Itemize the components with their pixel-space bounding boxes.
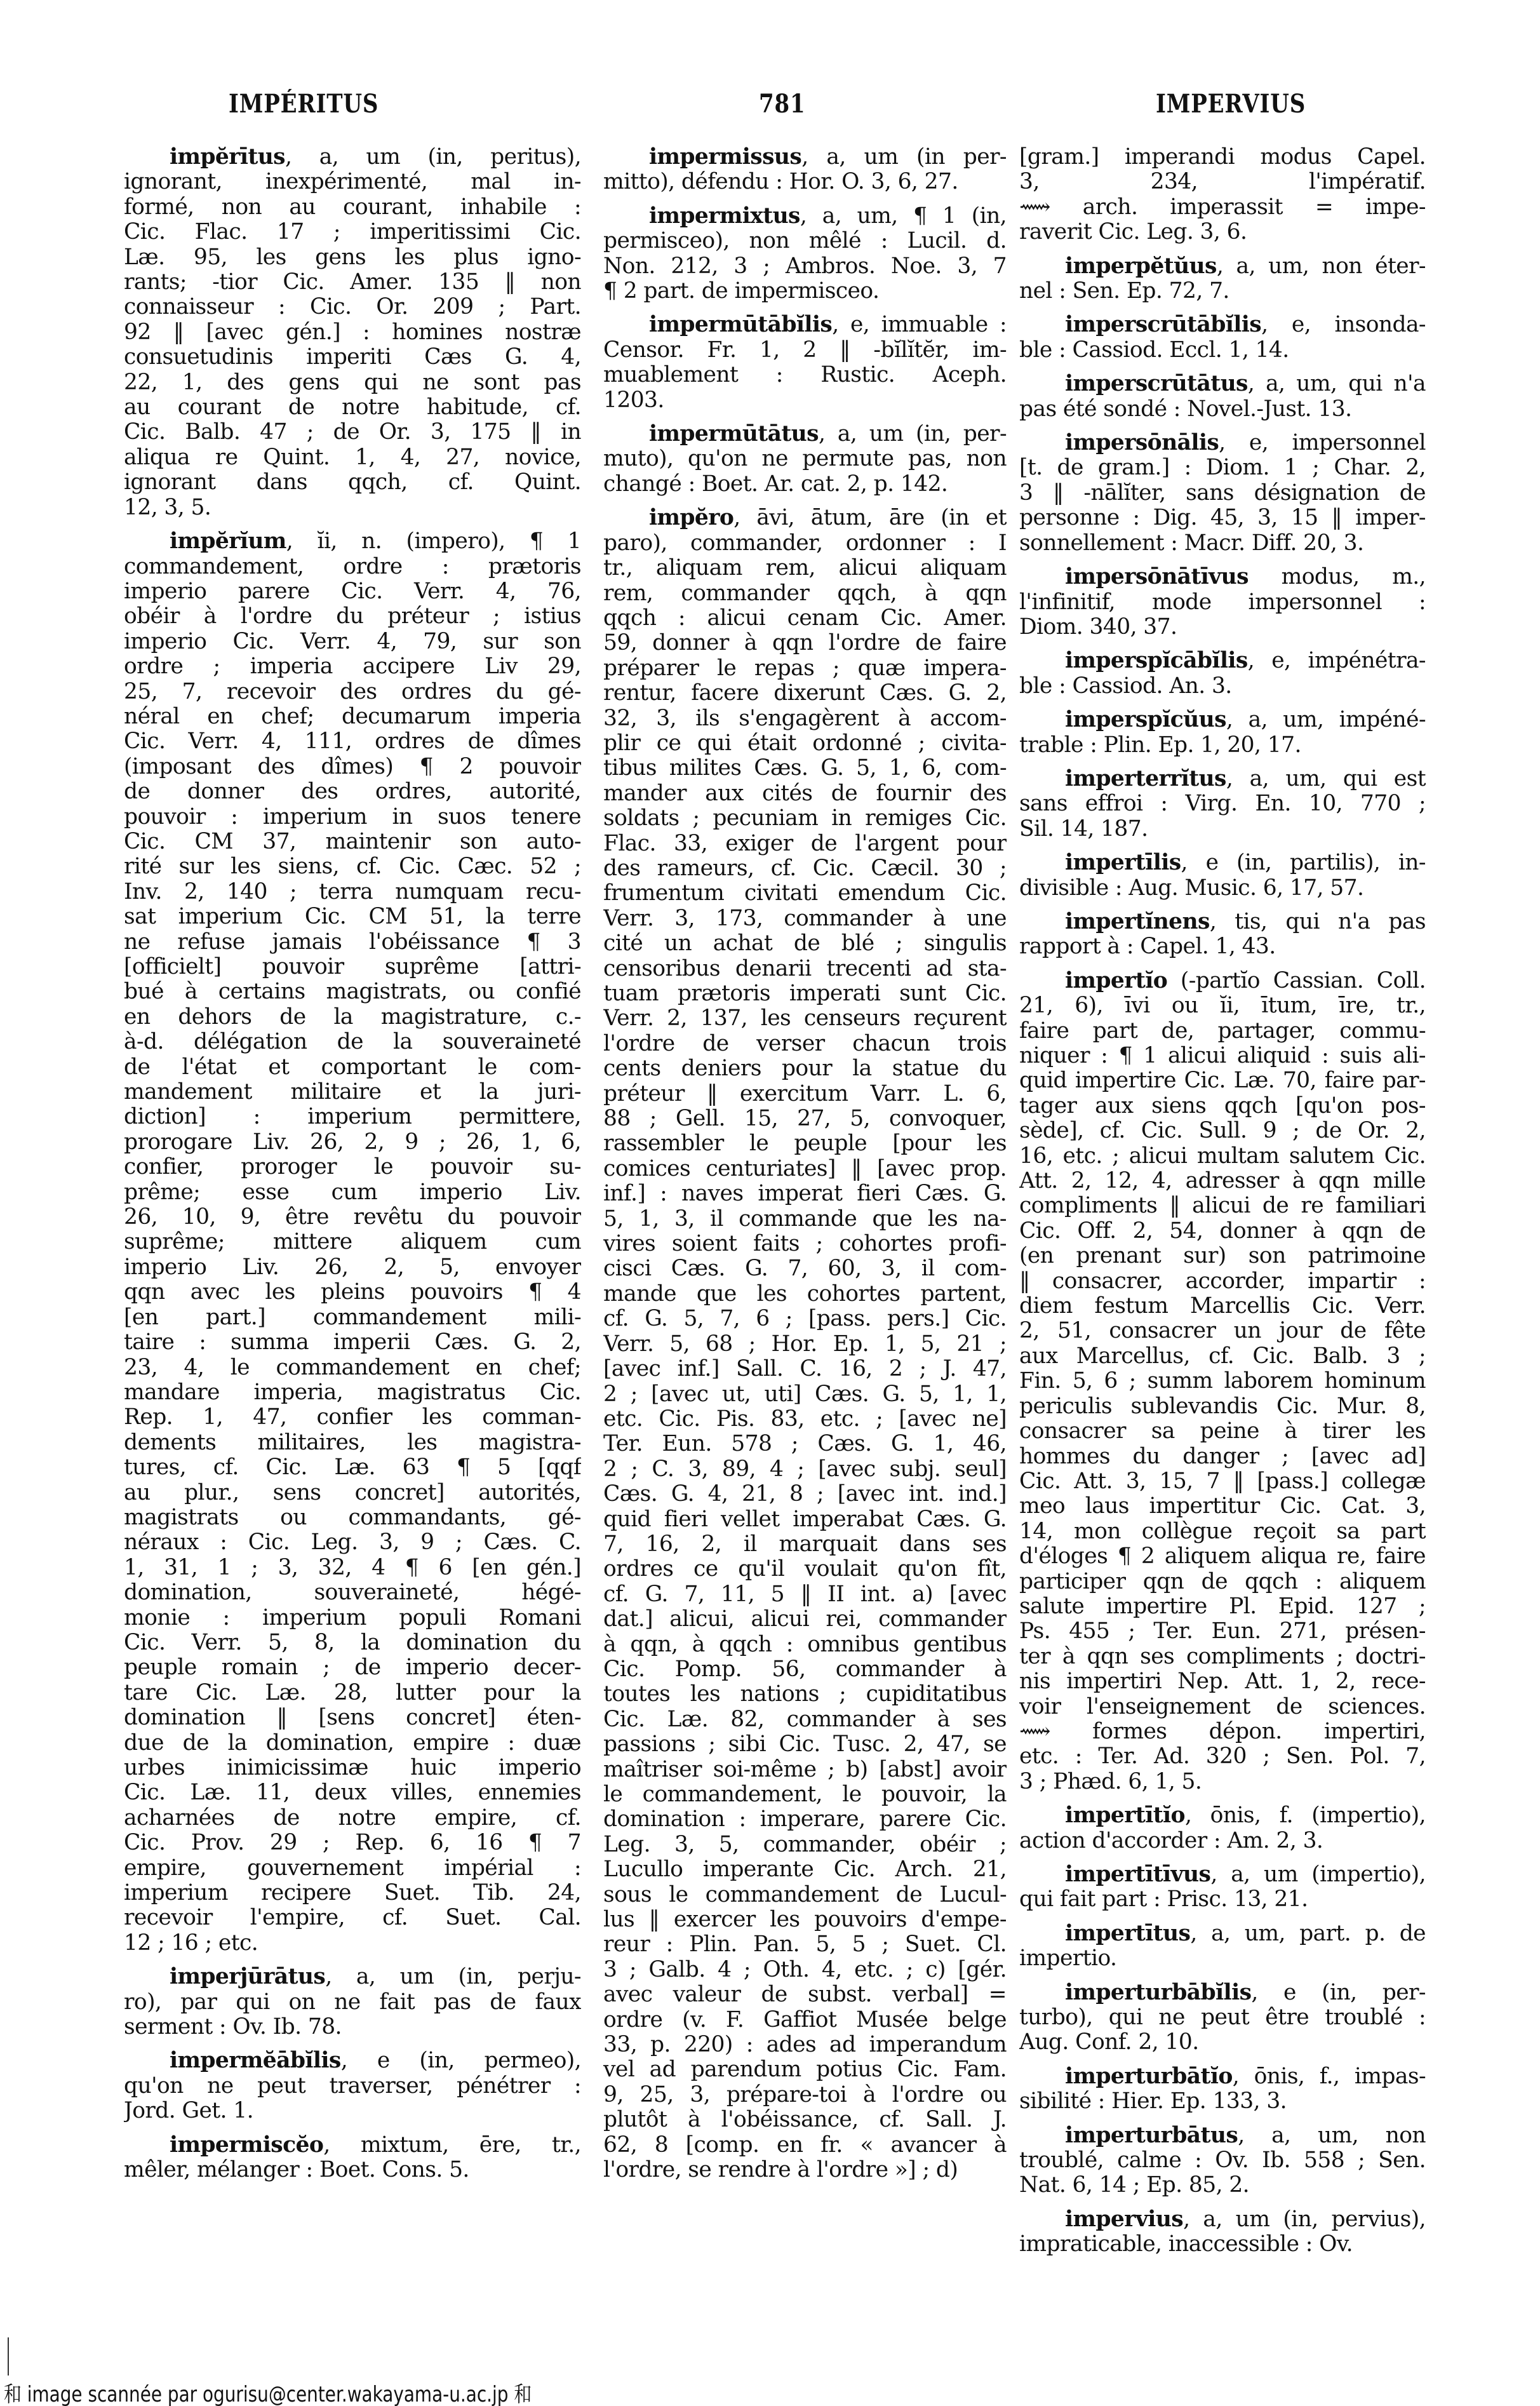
entry-line: salute impertire Pl. Epid. 127 ;	[1019, 1594, 1426, 1619]
entry-line: rants; -tior Cic. Amer. 135 ‖ non	[124, 270, 581, 295]
entry-line: 62, 8 [comp. en fr. « avancer à	[603, 2133, 1007, 2158]
entry-line: serment : Ov. Ib. 78.	[124, 2015, 581, 2040]
entry-line: aliqua re Quint. 1, 4, 27, novice,	[124, 445, 581, 470]
entry-line: Censor. Fr. 1, 2 ‖ -bĭlĭtĕr, im-	[603, 338, 1007, 363]
entry-line: au courant de notre habitude, cf.	[124, 395, 581, 420]
entry-line: qu'on ne peut traverser, pénétrer :	[124, 2074, 581, 2099]
headword: impertītus	[1065, 1921, 1190, 1946]
entry-line: sède], cf. Cic. Sull. 9 ; de Or. 2,	[1019, 1119, 1426, 1143]
entry-line: avec valeur de subst. verbal] =	[603, 1982, 1007, 2007]
entry-line: Læ. 95, les gens les plus igno-	[124, 245, 581, 270]
dictionary-entry: impertītus, a, um, part. p. deimpertio.	[1019, 1921, 1426, 1972]
entry-line: personne : Dig. 45, 3, 15 ‖ imper-	[1019, 506, 1426, 530]
entry-line: 21, 6), īvi ou ĭi, ītum, īre, tr.,	[1019, 993, 1426, 1018]
entry-line: toutes les nations ; cupiditatibus	[603, 1682, 1007, 1707]
entry-line: 12 ; 16 ; etc.	[124, 1931, 581, 1956]
headword: impermūtātus	[649, 422, 819, 447]
entry-line: des rameurs, cf. Cic. Cæcil. 30 ;	[603, 856, 1007, 881]
entry-line: pas été sondé : Novel.-Just. 13.	[1019, 397, 1426, 422]
entry-line: aux Marcellus, cf. Cic. Balb. 3 ;	[1019, 1344, 1426, 1369]
entry-line: cf. G. 7, 11, 5 ‖ II int. a) [avec	[603, 1582, 1007, 1607]
headword: imperturbābĭlis	[1065, 1980, 1251, 2005]
entry-line: ‖ consacrer, accorder, impartir :	[1019, 1269, 1426, 1294]
entry-headline: impertĭnens, tis, qui n'a pas	[1019, 910, 1426, 934]
entry-line: formé, non au courant, inhabile :	[124, 195, 581, 220]
entry-line: (en prenant sur) son patrimoine	[1019, 1244, 1426, 1268]
entry-line: diction] : imperium permittere,	[124, 1105, 581, 1129]
headword: impermūtābĭlis	[649, 313, 832, 337]
entry-line: bué à certains magistrats, ou confié	[124, 979, 581, 1004]
entry-line: inf.] : naves imperat fieri Cæs. G.	[603, 1181, 1007, 1206]
headword: imperscrūtābĭlis	[1065, 313, 1261, 337]
entry-line: préparer le repas ; quæ impera-	[603, 656, 1007, 681]
entry-headline: impĕrĭum, ĭi, n. (impero), ¶ 1	[124, 529, 581, 554]
entry-line: dat.] alicui, alicui rei, commander	[603, 1607, 1007, 1632]
entry-line: compliments ‖ alicui de re familiari	[1019, 1193, 1426, 1218]
entry-line: vel ad parendum potius Cic. Fam.	[603, 2057, 1007, 2082]
entry-headline: imperterrĭtus, a, um, qui est	[1019, 767, 1426, 791]
headword: impertīlis	[1065, 850, 1181, 875]
entry-line: plutôt à l'obéissance, cf. Sall. J.	[603, 2107, 1007, 2132]
headword: impertītĭo	[1065, 1803, 1185, 1828]
headword: imperspĭcābĭlis	[1065, 649, 1248, 673]
entry-line: due de la domination, empire : duæ	[124, 1731, 581, 1756]
entry-line: Ter. Eun. 578 ; Cæs. G. 1, 46,	[603, 1432, 1007, 1456]
entry-line: monie : imperium populi Romani	[124, 1606, 581, 1630]
entry-line: [officielt] pouvoir suprême [attri-	[124, 955, 581, 979]
dictionary-entry: imperturbātĭo, ōnis, f., impas-sibilité …	[1019, 2064, 1426, 2114]
entry-headline: imperspĭcābĭlis, e, impénétra-	[1019, 649, 1426, 673]
entry-line: néraux : Cic. Leg. 3, 9 ; Cæs. C.	[124, 1530, 581, 1555]
entry-line: [gram.] imperandi modus Capel.	[1019, 145, 1426, 170]
entry-line: imperio Liv. 26, 2, 5, envoyer	[124, 1255, 581, 1280]
entry-line: empire, gouvernement impérial :	[124, 1856, 581, 1881]
entry-line: plir ce qui était ordonné ; civita-	[603, 731, 1007, 756]
entry-line: Verr. 3, 173, commander à une	[603, 906, 1007, 931]
entry-line: passions ; sibi Cic. Tusc. 2, 47, se	[603, 1732, 1007, 1757]
entry-line: suprême; mittere aliquem cum	[124, 1230, 581, 1254]
dictionary-entry: impertĭo (-partĭo Cassian. Coll.21, 6), …	[1019, 969, 1426, 1794]
entry-line: de l'état et comportant le com-	[124, 1055, 581, 1080]
entry-headline: impĕrītus, a, um (in, peritus),	[124, 145, 581, 170]
entry-headline: impermūtātus, a, um (in, per-	[603, 422, 1007, 447]
entry-line: ignorant, inexpérimenté, mal in-	[124, 170, 581, 194]
entry-line: de donner des ordres, autorité,	[124, 779, 581, 804]
entry-line: etc. : Ter. Ad. 320 ; Sen. Pol. 7,	[1019, 1744, 1426, 1769]
entry-line: mandement militaire et la juri-	[124, 1080, 581, 1105]
headword: imperpĕtŭus	[1065, 254, 1217, 279]
entry-line: 2 ; C. 3, 89, 4 ; [avec subj. seul]	[603, 1457, 1007, 1482]
entry-line: 1203.	[603, 388, 1007, 413]
entry-headline: imperscrūtābĭlis, e, insonda-	[1019, 313, 1426, 337]
dictionary-entry: imperterrĭtus, a, um, qui estsans effroi…	[1019, 767, 1426, 842]
dictionary-entry: imperscrūtābĭlis, e, insonda-ble : Cassi…	[1019, 313, 1426, 363]
entry-line: mander aux cités de fournir des	[603, 781, 1007, 806]
entry-line: Cic. Off. 2, 54, donner à qqn de	[1019, 1219, 1426, 1244]
dictionary-entry: impermūtātus, a, um (in, per-muto), qu'o…	[603, 422, 1007, 497]
entry-line: 9, 25, 3, prépare-toi à l'ordre ou	[603, 2083, 1007, 2107]
entry-line: nis impertiri Nep. Att. 1, 2, rece-	[1019, 1669, 1426, 1694]
entry-line: Cic. Verr. 4, 111, ordres de dîmes	[124, 729, 581, 754]
column-1: impĕrītus, a, um (in, peritus),ignorant,…	[124, 145, 581, 2192]
entry-line: reur : Plin. Pan. 5, 5 ; Suet. Cl.	[603, 1932, 1007, 1957]
entry-headline: imperjūrātus, a, um (in, perju-	[124, 1965, 581, 1989]
entry-line: Cic. Verr. 5, 8, la domination du	[124, 1630, 581, 1655]
entry-line: muto), qu'on ne permute pas, non	[603, 447, 1007, 471]
entry-line: hommes du danger ; [avec ad]	[1019, 1444, 1426, 1469]
entry-line: 14, mon collègue reçoit sa part	[1019, 1519, 1426, 1544]
entry-headline: impermūtābĭlis, e, immuable :	[603, 313, 1007, 337]
entry-line: 59, donner à qqn l'ordre de faire	[603, 631, 1007, 655]
entry-line: dements militaires, les magistra-	[124, 1430, 581, 1455]
entry-headline: impersōnālis, e, impersonnel	[1019, 431, 1426, 455]
entry-line: diem festum Marcellis Cic. Verr.	[1019, 1294, 1426, 1319]
entry-line: à-d. délégation de la souveraineté	[124, 1030, 581, 1054]
entry-line: sat imperium Cic. CM 51, la terre	[124, 904, 581, 929]
headword: imperterrĭtus	[1065, 767, 1226, 791]
entry-headline: impersōnātīvus modus, m.,	[1019, 565, 1426, 589]
headword: impertītīvus	[1065, 1862, 1210, 1887]
entry-line: tuam prætoris imperati sunt Cic.	[603, 981, 1007, 1006]
entry-line: sous le commandement de Lucul-	[603, 1883, 1007, 1907]
entry-line: Non. 212, 3 ; Ambros. Noe. 3, 7	[603, 254, 1007, 279]
entry-line: rem, commander qqch, à qqn	[603, 581, 1007, 606]
entry-line: qui fait part : Prisc. 13, 21.	[1019, 1887, 1426, 1912]
dictionary-entry: impervius, a, um (in, pervius),impratica…	[1019, 2207, 1426, 2257]
entry-line: ordre (v. F. Gaffiot Musée belge	[603, 2008, 1007, 2033]
entry-line: rentur, facere dixerunt Cæs. G. 2,	[603, 681, 1007, 706]
entry-line: Cic. Pomp. 56, commander à	[603, 1657, 1007, 1682]
entry-line: Cic. Balb. 47 ; de Or. 3, 175 ‖ in	[124, 420, 581, 445]
left-guide-word: IMPÉRITUS	[229, 89, 378, 119]
entry-line: urbes inimicissimæ huic imperio	[124, 1756, 581, 1780]
entry-line: cisci Cæs. G. 7, 60, 3, il com-	[603, 1256, 1007, 1281]
entry-line: quid fieri vellet imperabat Cæs. G.	[603, 1507, 1007, 1532]
entry-line: frumentum civitati emendum Cic.	[603, 881, 1007, 906]
entry-line: turbo), qui ne peut être troublé :	[1019, 2005, 1426, 2030]
scan-credit: 和 image scannée par ogurisu@center.wakay…	[4, 2377, 532, 2406]
entry-line: impertio.	[1019, 1946, 1426, 1971]
entry-line: voir l'enseignement de sciences.	[1019, 1695, 1426, 1719]
entry-line: 26, 10, 9, être revêtu du pouvoir	[124, 1205, 581, 1230]
entry-line: tibus milites Cæs. G. 5, 1, 6, com-	[603, 756, 1007, 781]
entry-headline: impertītus, a, um, part. p. de	[1019, 1921, 1426, 1946]
entry-line: censoribus denarii trecenti ad sta-	[603, 957, 1007, 981]
entry-line: Cic. Læ. 82, commander à ses	[603, 1707, 1007, 1732]
entry-line: trable : Plin. Ep. 1, 20, 17.	[1019, 733, 1426, 758]
entry-line: [avec inf.] Sall. C. 16, 2 ; J. 47,	[603, 1357, 1007, 1381]
entry-headline: imperturbātĭo, ōnis, f., impas-	[1019, 2064, 1426, 2089]
dictionary-entry: impersōnātīvus modus, m.,l'infinitif, mo…	[1019, 565, 1426, 640]
dictionary-entry: impertītĭo, ōnis, f. (impertio),action d…	[1019, 1803, 1426, 1853]
entry-line: consacrer sa peine à tirer les	[1019, 1419, 1426, 1444]
entry-line: cf. G. 5, 7, 6 ; [pass. pers.] Cic.	[603, 1307, 1007, 1331]
entry-line: 3 ; Galb. 4 ; Oth. 4, etc. ; c) [gér.	[603, 1958, 1007, 1982]
entry-line: ter à qqn ses compliments ; doctri-	[1019, 1644, 1426, 1669]
entry-line: Cic. CM 37, maintenir son auto-	[124, 830, 581, 854]
entry-line: Sil. 14, 187.	[1019, 817, 1426, 842]
dictionary-entry: impertīlis, e (in, partilis), in-divisib…	[1019, 850, 1426, 901]
column-2: impermissus, a, um (in per-mitto), défen…	[603, 145, 1007, 2192]
dictionary-entry: impertītīvus, a, um (impertio),qui fait …	[1019, 1862, 1426, 1912]
entry-line: 23, 4, le commandement en chef;	[124, 1355, 581, 1380]
entry-line: Inv. 2, 140 ; terra numquam recu-	[124, 880, 581, 904]
entry-line: l'ordre, se rendre à l'ordre »] ; d)	[603, 2158, 1007, 2182]
entry-line: tare Cic. Læ. 28, lutter pour la	[124, 1681, 581, 1705]
entry-line: sans effroi : Virg. En. 10, 770 ;	[1019, 791, 1426, 816]
entry-line: d'éloges ¶ 2 aliquem aliqua re, faire	[1019, 1544, 1426, 1569]
entry-line: domination ‖ [sens concret] éten-	[124, 1705, 581, 1730]
entry-line: l'ordre de verser chacun trois	[603, 1032, 1007, 1056]
entry-line: ordre ; imperia accipere Liv 29,	[124, 654, 581, 679]
entry-line: cents deniers pour la statue du	[603, 1056, 1007, 1081]
headword: impĕrĭum	[170, 529, 286, 554]
entry-line: 25, 7, recevoir des ordres du gé-	[124, 680, 581, 704]
entry-line: ble : Cassiod. Eccl. 1, 14.	[1019, 338, 1426, 363]
entry-headline: impermissus, a, um (in per-	[603, 145, 1007, 170]
entry-line: au plur., sens concret] autorités,	[124, 1481, 581, 1505]
entry-line: periculis sublevandis Cic. Mur. 8,	[1019, 1394, 1426, 1419]
dictionary-entry: imperturbābĭlis, e (in, per-turbo), qui …	[1019, 1980, 1426, 2055]
entry-line: maîtriser soi-même ; b) [abst] avoir	[603, 1757, 1007, 1782]
headword: imperspĭcŭus	[1065, 708, 1226, 732]
entry-line: Aug. Conf. 2, 10.	[1019, 2030, 1426, 2055]
entry-line: 88 ; Gell. 15, 27, 5, convoquer,	[603, 1106, 1007, 1131]
dictionary-entry: impersōnālis, e, impersonnel[t. de gram.…	[1019, 431, 1426, 556]
entry-line: imperio parere Cic. Verr. 4, 76,	[124, 579, 581, 604]
dictionary-entry: impertĭnens, tis, qui n'a pasrapport à :…	[1019, 910, 1426, 960]
headword: imperturbātĭo	[1065, 2064, 1233, 2089]
entry-line: acharnées de notre empire, cf.	[124, 1806, 581, 1831]
entry-headline: impervius, a, um (in, pervius),	[1019, 2207, 1426, 2232]
entry-line: 12, 3, 5.	[124, 495, 581, 520]
headword: impermixtus	[649, 204, 800, 229]
entry-line: changé : Boet. Ar. cat. 2, p. 142.	[603, 472, 1007, 497]
entry-line: rapport à : Capel. 1, 43.	[1019, 934, 1426, 959]
entry-headline: impertītīvus, a, um (impertio),	[1019, 1862, 1426, 1887]
entry-line: Fin. 5, 6 ; summ laborem hominum	[1019, 1369, 1426, 1394]
headword: impĕro	[649, 506, 733, 530]
entry-line: tager aux siens qqch [qu'on pos-	[1019, 1094, 1426, 1119]
headword: impermiscĕo	[170, 2133, 323, 2158]
entry-line: taire : summa imperii Cæs. G. 2,	[124, 1330, 581, 1355]
entry-line: paro), commander, ordonner : I	[603, 531, 1007, 556]
entry-line: 92 ‖ [avec gén.] : homines nostræ	[124, 320, 581, 345]
entry-line: peuple romain ; de imperio decer-	[124, 1655, 581, 1680]
entry-line: Att. 2, 12, 4, adresser à qqn mille	[1019, 1169, 1426, 1193]
right-guide-word: IMPERVIUS	[1156, 89, 1306, 119]
entry-line: Jord. Get. 1.	[124, 2099, 581, 2123]
entry-line: sonnellement : Macr. Diff. 20, 3.	[1019, 531, 1426, 556]
dictionary-entry: imperjūrātus, a, um (in, perju-ro), par …	[124, 1965, 581, 2040]
page-number: 781	[759, 89, 806, 119]
entry-line: en dehors de la magistrature, c.-	[124, 1005, 581, 1030]
entry-headline: impermiscĕo, mixtum, ēre, tr.,	[124, 2133, 581, 2158]
entry-line: Flac. 33, exiger de l'argent pour	[603, 831, 1007, 856]
entry-line: 7, 16, 2, il marquait dans ses	[603, 1532, 1007, 1557]
headword: imperjūrātus	[170, 1965, 325, 1989]
entry-line: impraticable, inaccessible : Ov.	[1019, 2232, 1426, 2257]
entry-line: connaisseur : Cic. Or. 209 ; Part.	[124, 295, 581, 319]
headword: impersōnātīvus	[1065, 565, 1249, 589]
entry-line: 2 ; [avec ut, uti] Cæs. G. 5, 1, 1,	[603, 1382, 1007, 1407]
entry-headline: impertīlis, e (in, partilis), in-	[1019, 850, 1426, 875]
entry-line: néral en chef; decumarum imperia	[124, 704, 581, 729]
entry-line: ble : Cassiod. An. 3.	[1019, 674, 1426, 699]
entry-line: tures, cf. Cic. Læ. 63 ¶ 5 [qqf	[124, 1455, 581, 1480]
entry-headline: impĕro, āvi, ātum, āre (in et	[603, 506, 1007, 530]
entry-line: soldats ; pecuniam in remiges Cic.	[603, 806, 1007, 831]
dictionary-entry: impermiscĕo, mixtum, ēre, tr.,mêler, mél…	[124, 2133, 581, 2183]
headword: impĕrītus	[170, 145, 285, 170]
entry-line: [t. de gram.] : Diom. 1 ; Char. 2,	[1019, 455, 1426, 480]
dictionary-entry: impĕrītus, a, um (in, peritus),ignorant,…	[124, 145, 581, 520]
entry-line: le commandement, le pouvoir, la	[603, 1782, 1007, 1807]
headword: impersōnālis	[1065, 431, 1219, 455]
entry-line: consuetudinis imperiti Cæs G. 4,	[124, 345, 581, 370]
dictionary-entry: [gram.] imperandi modus Capel.3, 234, l'…	[1019, 145, 1426, 245]
entry-line: permisceo), non mêlé : Lucil. d.	[603, 229, 1007, 253]
entry-line: Diom. 340, 37.	[1019, 615, 1426, 640]
entry-headline: impertītĭo, ōnis, f. (impertio),	[1019, 1803, 1426, 1828]
entry-line: niquer : ¶ 1 alicui aliquid : suis ali-	[1019, 1044, 1426, 1068]
entry-line: confier, proroger le pouvoir su-	[124, 1155, 581, 1179]
entry-line: prorogare Liv. 26, 2, 9 ; 26, 1, 6,	[124, 1130, 581, 1155]
dictionary-entry: impĕrĭum, ĭi, n. (impero), ¶ 1commandeme…	[124, 529, 581, 1956]
entry-line: Cic. Flac. 17 ; imperitissimi Cic.	[124, 220, 581, 245]
entry-line: [en part.] commandement mili-	[124, 1305, 581, 1330]
entry-headline: imperturbābĭlis, e (in, per-	[1019, 1980, 1426, 2005]
entry-line: nel : Sen. Ep. 72, 7.	[1019, 279, 1426, 304]
entry-line: Nat. 6, 14 ; Ep. 85, 2.	[1019, 2173, 1426, 2198]
entry-line: quid impertire Cic. Læ. 70, faire par-	[1019, 1068, 1426, 1093]
entry-line: 33, p. 220) : ades ad imperandum	[603, 2033, 1007, 2057]
entry-line: 3, 234, l'impératif.	[1019, 170, 1426, 194]
headword: impertĭnens	[1065, 910, 1210, 934]
entry-line: 3 ‖ -nālĭter, sans désignation de	[1019, 481, 1426, 506]
entry-line: etc. Cic. Pis. 83, etc. ; [avec ne]	[603, 1407, 1007, 1432]
entry-line: ⟿ formes dépon. impertiri,	[1019, 1719, 1426, 1744]
entry-line: rité sur les siens, cf. Cic. Cæc. 52 ;	[124, 854, 581, 879]
entry-line: Ps. 455 ; Ter. Eun. 271, présen-	[1019, 1619, 1426, 1644]
entry-line: ignorant dans qqch, cf. Quint.	[124, 470, 581, 495]
entry-line: Verr. 5, 68 ; Hor. Ep. 1, 5, 21 ;	[603, 1332, 1007, 1357]
entry-line: domination, souveraineté, hégé-	[124, 1580, 581, 1605]
entry-line: ordres ce qu'il voulait qu'on fît,	[603, 1557, 1007, 1582]
entry-line: Leg. 3, 5, commander, obéir ;	[603, 1832, 1007, 1857]
entry-line: lus ‖ exercer les pouvoirs d'empe-	[603, 1907, 1007, 1932]
entry-line: muablement : Rustic. Aceph.	[603, 363, 1007, 387]
entry-line: domination : imperare, parere Cic.	[603, 1807, 1007, 1832]
entry-line: cité un achat de blé ; singulis	[603, 931, 1007, 956]
entry-line: action d'accorder : Am. 2, 3.	[1019, 1829, 1426, 1853]
entry-line: pouvoir : imperium in suos tenere	[124, 805, 581, 830]
entry-line: 2, 51, consacrer un jour de fête	[1019, 1319, 1426, 1343]
entry-line: Cic. Læ. 11, deux villes, ennemies	[124, 1780, 581, 1805]
entry-line: prême; esse cum imperio Liv.	[124, 1180, 581, 1205]
entry-line: troublé, calme : Ov. Ib. 558 ; Sen.	[1019, 2148, 1426, 2173]
scan-margin-line	[8, 2337, 9, 2376]
entry-headline: imperspĭcŭus, a, um, impéné-	[1019, 708, 1426, 732]
headword: impermissus	[649, 145, 801, 170]
entry-line: mande que les cohortes partent,	[603, 1282, 1007, 1307]
entry-line: sibilité : Hier. Ep. 133, 3.	[1019, 2089, 1426, 2114]
entry-line: 5, 1, 3, il commande que les na-	[603, 1207, 1007, 1232]
dictionary-entry: imperturbātus, a, um, nontroublé, calme …	[1019, 2123, 1426, 2198]
entry-line: obéir à l'ordre du préteur ; istius	[124, 604, 581, 629]
entry-line: Cæs. G. 4, 21, 8 ; [avec int. ind.]	[603, 1482, 1007, 1507]
entry-headline: imperscrūtātus, a, um, qui n'a	[1019, 372, 1426, 396]
dictionary-entry: impĕro, āvi, ātum, āre (in etparo), comm…	[603, 506, 1007, 2182]
dictionary-entry: impermixtus, a, um, ¶ 1 (in,permisceo), …	[603, 204, 1007, 304]
entry-headline: impermixtus, a, um, ¶ 1 (in,	[603, 204, 1007, 229]
entry-line: 22, 1, des gens qui ne sont pas	[124, 370, 581, 395]
entry-line: raverit Cic. Leg. 3, 6.	[1019, 220, 1426, 245]
entry-line: préteur ‖ exercitum Varr. L. 6,	[603, 1082, 1007, 1106]
dictionary-entry: impermūtābĭlis, e, immuable :Censor. Fr.…	[603, 313, 1007, 413]
dictionary-entry: imperscrūtātus, a, um, qui n'apas été so…	[1019, 372, 1426, 422]
entry-line: commandement, ordre : prætoris	[124, 554, 581, 579]
entry-line: imperio Cic. Verr. 4, 79, sur son	[124, 629, 581, 654]
entry-line: ⟿ arch. imperassit = impe-	[1019, 195, 1426, 220]
entry-line: qqn avec les pleins pouvoirs ¶ 4	[124, 1280, 581, 1305]
headword: imperscrūtātus	[1065, 372, 1248, 396]
headword: impervius	[1065, 2207, 1183, 2232]
entry-line: tr., aliquam rem, alicui aliquam	[603, 556, 1007, 581]
entry-line: rassembler le peuple [pour les	[603, 1131, 1007, 1156]
entry-line: 1, 31, 1 ; 3, 32, 4 ¶ 6 [en gén.]	[124, 1556, 581, 1580]
entry-line: Lucullo imperante Cic. Arch. 21,	[603, 1857, 1007, 1882]
dictionary-entry: imperspĭcŭus, a, um, impéné-trable : Pli…	[1019, 708, 1426, 758]
entry-line: ro), par qui on ne fait pas de faux	[124, 1990, 581, 2015]
entry-line: recevoir l'empire, cf. Suet. Cal.	[124, 1905, 581, 1930]
entry-line: mandare imperia, magistratus Cic.	[124, 1380, 581, 1405]
entry-line: vires soient faits ; cohortes profi-	[603, 1232, 1007, 1256]
dictionary-entry: impermĕābĭlis, e (in, permeo),qu'on ne p…	[124, 2048, 581, 2123]
dictionary-entry: imperpĕtŭus, a, um, non éter-nel : Sen. …	[1019, 254, 1426, 304]
entry-line: mitto), défendu : Hor. O. 3, 6, 27.	[603, 170, 1007, 194]
entry-line: imperium recipere Suet. Tib. 24,	[124, 1881, 581, 1905]
entry-line: participer qqn de qqch : aliquem	[1019, 1569, 1426, 1594]
entry-line: Rep. 1, 47, confier les comman-	[124, 1405, 581, 1430]
entry-line: à qqn, à qqch : omnibus gentibus	[603, 1632, 1007, 1657]
entry-line: divisible : Aug. Music. 6, 17, 57.	[1019, 876, 1426, 901]
entry-line: (imposant des dîmes) ¶ 2 pouvoir	[124, 755, 581, 779]
entry-line: faire part de, partager, commu-	[1019, 1019, 1426, 1044]
entry-line: 32, 3, ils s'engagèrent à accom-	[603, 706, 1007, 731]
entry-line: 3 ; Phæd. 6, 1, 5.	[1019, 1770, 1426, 1794]
entry-line: ne refuse jamais l'obéissance ¶ 3	[124, 930, 581, 955]
entry-line: qqch : alicui cenam Cic. Amer.	[603, 606, 1007, 631]
entry-line: comices centuriates] ‖ [avec prop.	[603, 1157, 1007, 1181]
column-3: [gram.] imperandi modus Capel.3, 234, l'…	[1019, 145, 1426, 2266]
entry-line: ¶ 2 part. de impermisceo.	[603, 279, 1007, 304]
entry-headline: impertĭo (-partĭo Cassian. Coll.	[1019, 969, 1426, 993]
entry-line: meo laus impertitur Cic. Cat. 3,	[1019, 1494, 1426, 1519]
entry-line: l'infinitif, mode impersonnel :	[1019, 590, 1426, 615]
entry-line: mêler, mélanger : Boet. Cons. 5.	[124, 2158, 581, 2182]
entry-line: Verr. 2, 137, les censeurs reçurent	[603, 1006, 1007, 1031]
headword: impermĕābĭlis	[170, 2048, 341, 2073]
headword: imperturbātus	[1065, 2123, 1238, 2148]
dictionary-entry: impermissus, a, um (in per-mitto), défen…	[603, 145, 1007, 195]
entry-headline: imperpĕtŭus, a, um, non éter-	[1019, 254, 1426, 279]
entry-line: 16, etc. ; alicui multam salutem Cic.	[1019, 1144, 1426, 1169]
dictionary-entry: imperspĭcābĭlis, e, impénétra-ble : Cass…	[1019, 649, 1426, 699]
headword: impertĭo	[1065, 969, 1167, 993]
running-header: IMPÉRITUS 781 IMPERVIUS	[0, 89, 1540, 127]
entry-line: magistrats ou commandants, gé-	[124, 1505, 581, 1530]
